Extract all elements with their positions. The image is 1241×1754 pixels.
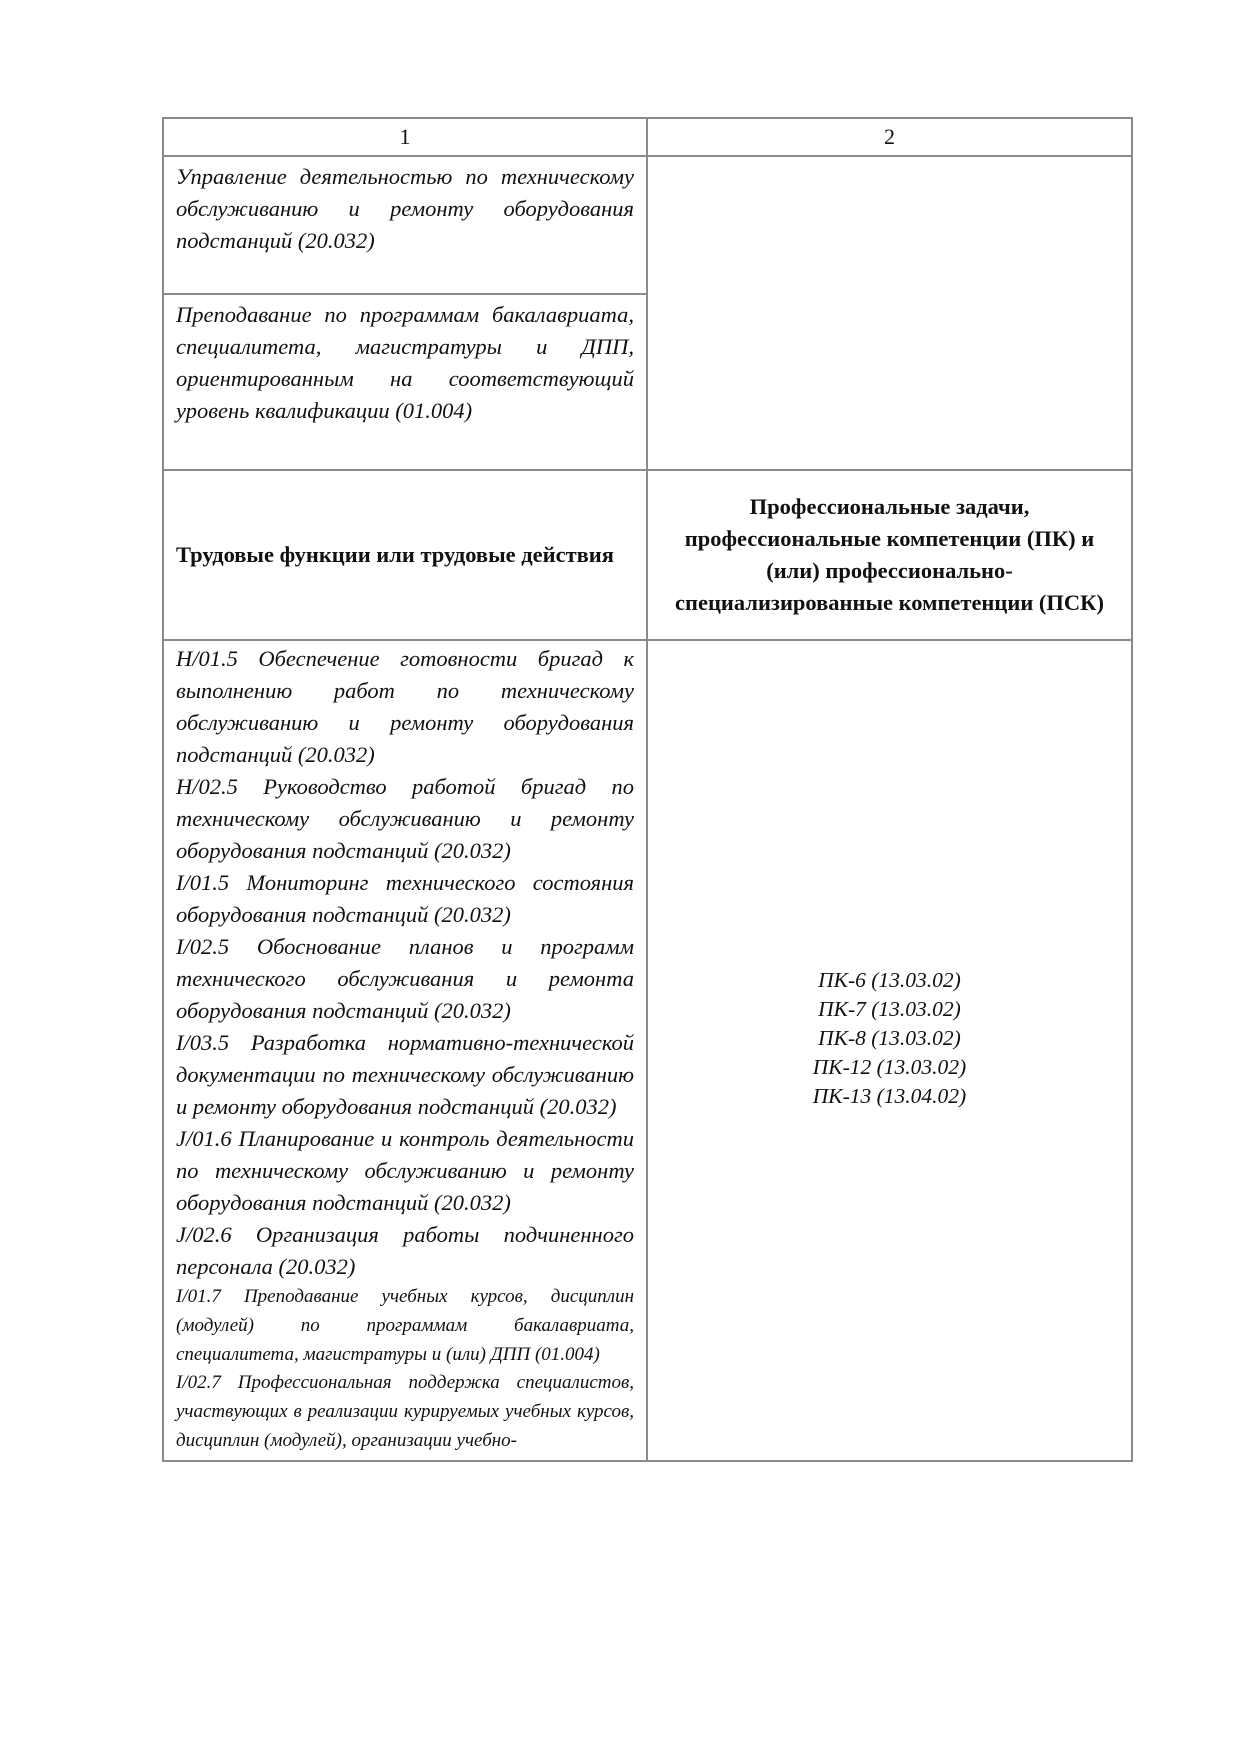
- empty-cell: [647, 156, 1132, 470]
- labor-function-item: I/01.7 Преподавание учебных курсов, дисц…: [176, 1283, 634, 1369]
- table-row: Управление деятельностью по техническому…: [163, 156, 1132, 294]
- generalized-function-text: Преподавание по программам бакалавриата,…: [176, 299, 634, 427]
- competency-code: ПК-13 (13.04.02): [660, 1082, 1119, 1111]
- labor-function-item: I/01.5 Мониторинг технического состояния…: [176, 867, 634, 931]
- competencies-cell: ПК-6 (13.03.02)ПК-7 (13.03.02)ПК-8 (13.0…: [647, 640, 1132, 1461]
- table-row: H/01.5 Обеспечение готовности бригад к в…: [163, 640, 1132, 1461]
- labor-function-item: I/02.7 Профессиональная поддержка специа…: [176, 1369, 634, 1455]
- competency-list: ПК-6 (13.03.02)ПК-7 (13.03.02)ПК-8 (13.0…: [660, 966, 1119, 1111]
- labor-function-item: I/02.5 Обоснование планов и программ тех…: [176, 931, 634, 1027]
- labor-function-item: J/01.6 Планирование и контроль деятельно…: [176, 1123, 634, 1219]
- labor-function-item: H/02.5 Руководство работой бригад по тех…: [176, 771, 634, 867]
- generalized-function-text: Управление деятельностью по техническому…: [176, 161, 634, 257]
- column-number-2: 2: [647, 118, 1132, 156]
- competency-code: ПК-12 (13.03.02): [660, 1053, 1119, 1082]
- competency-code: ПК-6 (13.03.02): [660, 966, 1119, 995]
- column-number-row: 1 2: [163, 118, 1132, 156]
- header-labor-functions: Трудовые функции или трудовые действия: [163, 470, 647, 640]
- labor-function-item: H/01.5 Обеспечение готовности бригад к в…: [176, 643, 634, 771]
- header-competencies: Профессиональные задачи, профессиональны…: [647, 470, 1132, 640]
- generalized-function-cell: Управление деятельностью по техническому…: [163, 156, 647, 294]
- competency-code: ПК-7 (13.03.02): [660, 995, 1119, 1024]
- labor-functions-cell: H/01.5 Обеспечение готовности бригад к в…: [163, 640, 647, 1461]
- labor-function-item: I/03.5 Разработка нормативно-технической…: [176, 1027, 634, 1123]
- competency-table: 1 2 Управление деятельностью по техничес…: [162, 117, 1133, 1462]
- section-header-row: Трудовые функции или трудовые действия П…: [163, 470, 1132, 640]
- labor-function-item: J/02.6 Организация работы подчиненного п…: [176, 1219, 634, 1283]
- column-number-1: 1: [163, 118, 647, 156]
- document-page: 1 2 Управление деятельностью по техничес…: [0, 0, 1241, 1754]
- competency-code: ПК-8 (13.03.02): [660, 1024, 1119, 1053]
- generalized-function-cell: Преподавание по программам бакалавриата,…: [163, 294, 647, 470]
